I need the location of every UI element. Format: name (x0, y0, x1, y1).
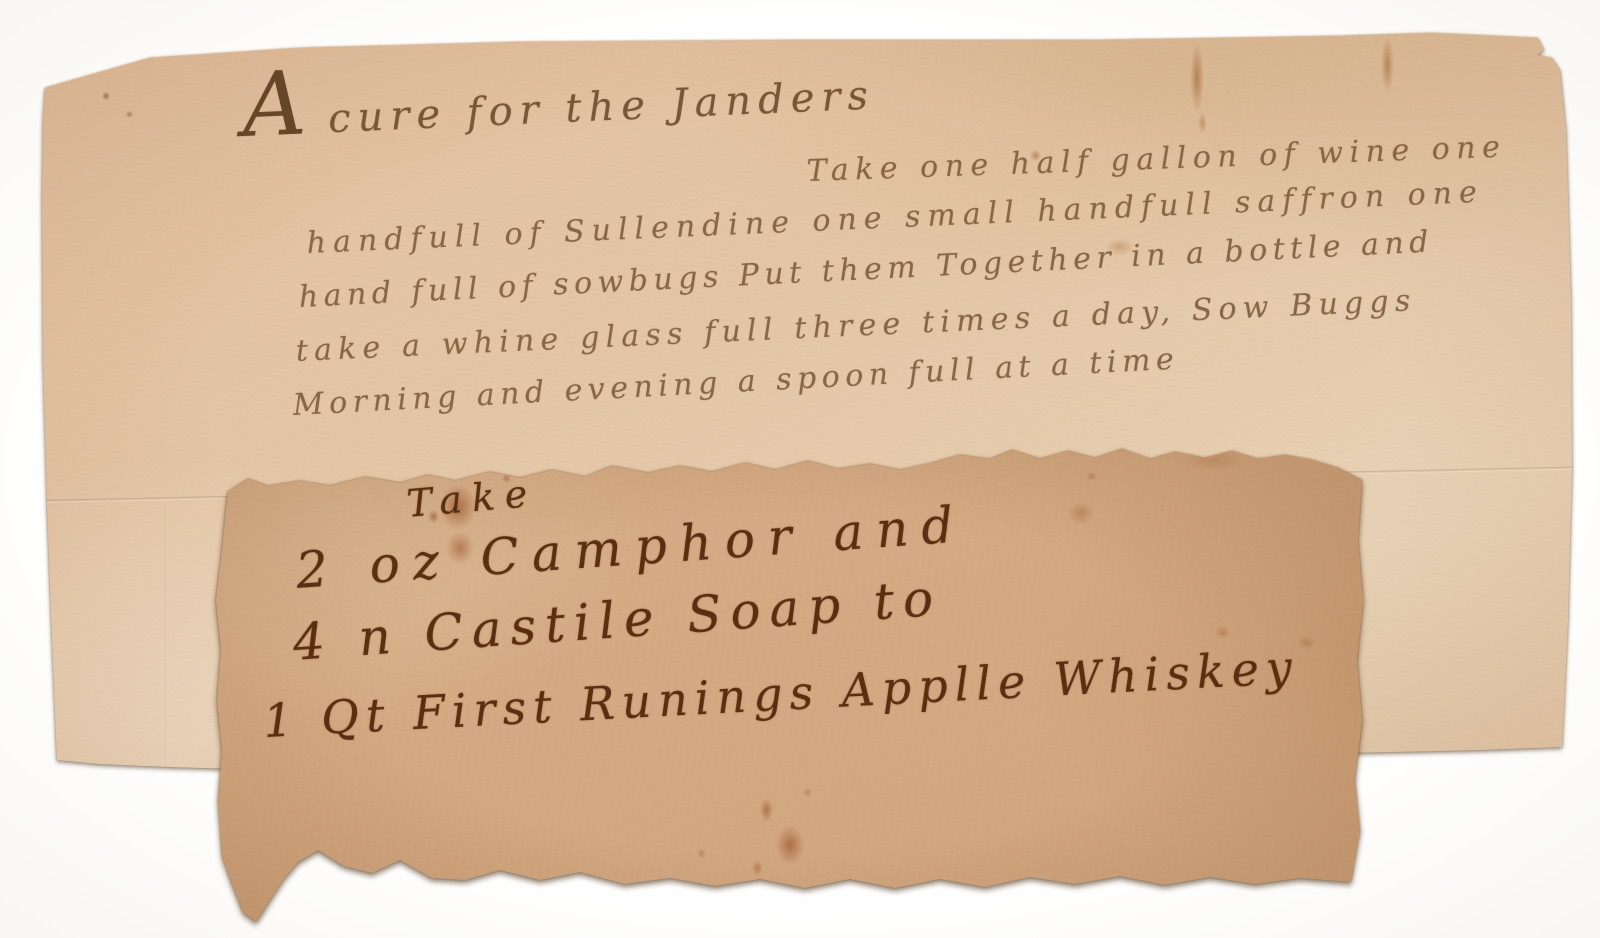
speck-stain (1298, 636, 1315, 649)
speck-stain (1215, 626, 1230, 639)
scanned-document: A cure for the Janders Take one half gal… (0, 0, 1600, 938)
recipe-line: Take (405, 471, 539, 526)
smudge-stain (1180, 450, 1246, 470)
lower-paper: Take 2 oz Camphor and 4 n Castile Soap t… (0, 0, 1600, 938)
lower-paper-shadow: Take 2 oz Camphor and 4 n Castile Soap t… (0, 0, 1600, 938)
paper-grain (0, 0, 1600, 938)
drip-stain (752, 860, 763, 876)
drip-stain (803, 788, 812, 797)
speck-stain (1086, 472, 1097, 481)
drip-stain (776, 826, 804, 864)
drip-stain (697, 848, 706, 859)
smudge-stain (1068, 502, 1094, 524)
drip-stain (760, 798, 773, 822)
